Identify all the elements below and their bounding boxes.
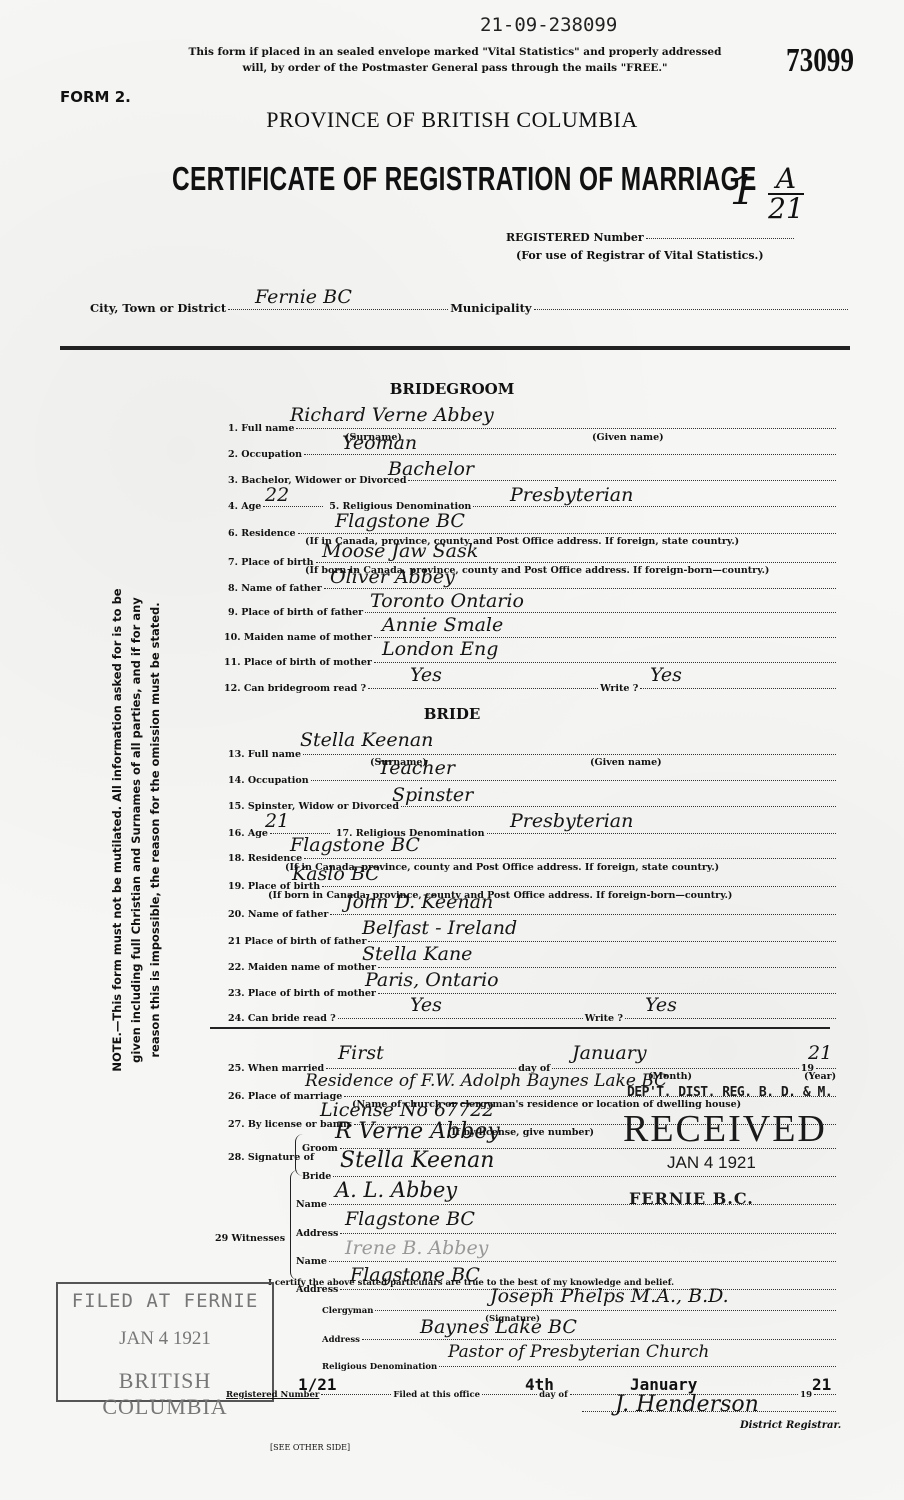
filed-year-value: 21 xyxy=(812,1375,831,1394)
field-label: 12. Can bridegroom read ? xyxy=(224,683,366,694)
marriage-year-value: 21 xyxy=(808,1042,832,1064)
groom-full-name-value: Richard Verne Abbey xyxy=(290,404,494,426)
clergyman-row: Clergyman xyxy=(322,1306,838,1316)
bride-literacy-row: 24. Can bride read ? Write ? xyxy=(228,1013,838,1024)
bride-father-value: John D. Keenan xyxy=(345,891,493,913)
bride-mother-birthplace-row: 23. Place of birth of mother xyxy=(228,988,838,999)
field-label: 9. Place of birth of father xyxy=(228,607,363,618)
groom-birthplace-value: Moose Jaw Sask xyxy=(322,540,478,562)
bridegroom-heading: BRIDEGROOM xyxy=(0,380,904,398)
bride-birthplace-value: Kaslo BC xyxy=(292,863,380,885)
received-stamp: DEP'T. DIST. REG. B. D. & M. RECEIVED JA… xyxy=(615,1085,845,1205)
field-label: Write ? xyxy=(600,683,638,694)
bride-religion-value: Presbyterian xyxy=(510,810,633,832)
side-note-line-3: reason this is impossible, the reason fo… xyxy=(146,570,165,1090)
received-stamp-word: RECEIVED xyxy=(623,1107,827,1151)
groom-mother-birthplace-row: 11. Place of birth of mother xyxy=(224,657,838,668)
groom-residence-value: Flagstone BC xyxy=(335,510,465,532)
bride-father-row: 20. Name of father xyxy=(228,909,838,920)
address-label: Address xyxy=(296,1228,338,1239)
bride-residence-value: Flagstone BC xyxy=(290,834,420,856)
marriage-day-value: First xyxy=(338,1042,384,1064)
bride-mother-birthplace-value: Paris, Ontario xyxy=(365,969,499,991)
witness1-name-value: A. L. Abbey xyxy=(335,1178,457,1202)
field-label: 10. Maiden name of mother xyxy=(224,632,372,643)
filed-stamp-line-1: FILED AT FERNIE xyxy=(58,1290,272,1312)
field-label: 22. Maiden name of mother xyxy=(228,962,376,973)
bride-mother-maiden-value: Stella Kane xyxy=(362,943,472,965)
field-label: 4. Age xyxy=(228,501,261,512)
groom-can-read-value: Yes xyxy=(410,664,442,686)
field-label: 2. Occupation xyxy=(228,449,302,460)
given-name-hint: (Given name) xyxy=(590,757,662,768)
form-number: FORM 2. xyxy=(60,88,131,106)
filed-at-fernie-stamp: FILED AT FERNIE JAN 4 1921 BRITISH COLUM… xyxy=(56,1282,274,1402)
field-label: 23. Place of birth of mother xyxy=(228,988,376,999)
witnesses-label: 29 Witnesses xyxy=(215,1233,285,1244)
groom-age-value: 22 xyxy=(265,484,289,506)
field-label: Write ? xyxy=(585,1013,623,1024)
reg-num-top: A xyxy=(768,165,804,195)
serial-number: 73099 xyxy=(786,42,854,80)
received-stamp-place: FERNIE B.C. xyxy=(629,1189,754,1208)
see-other-side-note: [SEE OTHER SIDE] xyxy=(270,1443,350,1452)
field-label: 13. Full name xyxy=(228,749,301,760)
dotted-line xyxy=(646,238,794,239)
marriage-certificate-page: 21-09-238099 This form if placed in an s… xyxy=(0,0,904,1500)
groom-religion-value: Presbyterian xyxy=(510,484,633,506)
dotted-line xyxy=(534,309,848,310)
bride-signature: Stella Keenan xyxy=(340,1148,494,1173)
city-field: City, Town or District Municipality xyxy=(90,301,850,315)
groom-marital-status-value: Bachelor xyxy=(388,458,474,480)
stamped-document-number: 21-09-238099 xyxy=(480,14,617,36)
bride-heading: BRIDE xyxy=(0,705,904,723)
registrar-use-note: (For use of Registrar of Vital Statistic… xyxy=(516,249,764,262)
license-value: License No 67722 xyxy=(320,1099,494,1121)
field-label: 8. Name of father xyxy=(228,583,322,594)
bride-can-write-value: Yes xyxy=(645,994,677,1016)
mail-instructions: This form if placed in an sealed envelop… xyxy=(145,44,765,76)
mail-note-line-2: will, by order of the Postmaster General… xyxy=(145,60,765,76)
handwritten-registered-number: 1 A 21 xyxy=(730,165,804,223)
clergy-denomination-value: Pastor of Presbyterian Church xyxy=(448,1342,709,1362)
groom-father-value: Oliver Abbey xyxy=(330,566,455,588)
field-label: 20. Name of father xyxy=(228,909,328,920)
groom-occupation-value: Yeoman xyxy=(342,432,417,454)
bride-section-divider xyxy=(210,1027,830,1029)
side-note: NOTE.—This form must not be mutilated. A… xyxy=(108,570,165,1090)
side-note-line-2: given including full Christian and Surna… xyxy=(127,570,146,1090)
field-label: 16. Age xyxy=(228,828,268,839)
name-label: Name xyxy=(296,1199,327,1210)
bride-father-birthplace-value: Belfast - Ireland xyxy=(362,917,517,939)
filed-day-value: 4th xyxy=(525,1375,554,1394)
received-stamp-dept: DEP'T. DIST. REG. B. D. & M. xyxy=(627,1085,832,1100)
bride-marital-status-value: Spinster xyxy=(392,784,473,806)
address-label: Address xyxy=(322,1335,360,1345)
registrar-signature: J. Henderson xyxy=(615,1392,759,1417)
groom-label: Groom xyxy=(302,1143,338,1154)
groom-father-birthplace-row: 9. Place of birth of father xyxy=(228,607,838,618)
field-label: 6. Residence xyxy=(228,528,296,539)
district-registrar-label: District Registrar. xyxy=(740,1420,841,1431)
place-of-marriage-value: Residence of F.W. Adolph Baynes Lake BC xyxy=(305,1071,667,1091)
groom-signature: R Verne Abbey xyxy=(335,1119,500,1144)
groom-mother-birthplace-value: London Eng xyxy=(382,638,498,660)
province-heading: PROVINCE OF BRITISH COLUMBIA xyxy=(0,107,904,133)
bride-label: Bride xyxy=(302,1171,331,1182)
bride-age-value: 21 xyxy=(265,810,289,832)
certificate-title: CERTIFICATE OF REGISTRATION OF MARRIAGE xyxy=(172,160,757,198)
filed-stamp-line-2: JAN 4 1921 xyxy=(58,1328,272,1350)
reg-num-whole: 1 xyxy=(730,168,755,214)
field-label: 11. Place of birth of mother xyxy=(224,657,372,668)
name-label: Name xyxy=(296,1256,327,1267)
field-label: 7. Place of birth xyxy=(228,557,314,568)
municipality-label: Municipality xyxy=(450,301,531,315)
bride-occupation-value: Teacher xyxy=(378,757,455,779)
field-label: 21 Place of birth of father xyxy=(228,936,366,947)
field-label: 3. Bachelor, Widower or Divorced xyxy=(228,475,406,486)
denomination-label: Religious Denomination xyxy=(322,1362,437,1372)
reg-num-fraction: A 21 xyxy=(768,165,804,223)
city-label: City, Town or District xyxy=(90,301,226,315)
year-prefix: 19 xyxy=(800,1390,812,1400)
bride-full-name-value: Stella Keenan xyxy=(300,729,433,751)
year-hint: (Year) xyxy=(804,1071,836,1082)
received-stamp-date: JAN 4 1921 xyxy=(667,1153,756,1173)
clergy-denomination-row: Religious Denomination xyxy=(322,1362,838,1372)
side-note-line-1: NOTE.—This form must not be mutilated. A… xyxy=(108,570,127,1090)
clergyman-label: Clergyman xyxy=(322,1306,373,1316)
groom-can-write-value: Yes xyxy=(650,664,682,686)
reg-num-bottom: 21 xyxy=(768,195,804,223)
bride-occupation-row: 14. Occupation xyxy=(228,775,838,786)
birth-hint: (If born in Canada, province, county and… xyxy=(268,890,732,901)
field-label: 15. Spinster, Widow or Divorced xyxy=(228,801,399,812)
filed-label: Filed at this office xyxy=(393,1390,480,1400)
groom-father-birthplace-value: Toronto Ontario xyxy=(370,590,524,612)
registered-number-label: REGISTERED Number xyxy=(506,231,644,244)
dotted-line xyxy=(228,309,448,310)
groom-occupation-row: 2. Occupation xyxy=(228,449,838,460)
groom-father-row: 8. Name of father xyxy=(228,583,838,594)
bride-can-read-value: Yes xyxy=(410,994,442,1016)
witness2-name-value: Irene B. Abbey xyxy=(345,1237,488,1259)
groom-mother-maiden-row: 10. Maiden name of mother xyxy=(224,632,838,643)
header-divider xyxy=(60,346,850,350)
city-value: Fernie BC xyxy=(255,286,352,308)
bride-father-birthplace-row: 21 Place of birth of father xyxy=(228,936,838,947)
clergyman-signature: Joseph Phelps M.A., B.D. xyxy=(490,1285,729,1307)
marriage-month-value: January xyxy=(572,1042,647,1064)
registered-number-field: REGISTERED Number xyxy=(506,231,796,244)
clergy-address-value: Baynes Lake BC xyxy=(420,1316,577,1338)
field-label: 14. Occupation xyxy=(228,775,309,786)
field-label: 24. Can bride read ? xyxy=(228,1013,336,1024)
field-label: 1. Full name xyxy=(228,423,294,434)
groom-mother-maiden-value: Annie Smale xyxy=(382,614,503,636)
mail-note-line-1: This form if placed in an sealed envelop… xyxy=(145,44,765,60)
bride-mother-maiden-row: 22. Maiden name of mother xyxy=(228,962,838,973)
witness1-address-value: Flagstone BC xyxy=(345,1208,475,1230)
groom-literacy-row: 12. Can bridegroom read ? Write ? xyxy=(224,683,838,694)
filing-registered-number: 1/21 xyxy=(298,1375,337,1394)
given-name-hint: (Given name) xyxy=(592,432,664,443)
